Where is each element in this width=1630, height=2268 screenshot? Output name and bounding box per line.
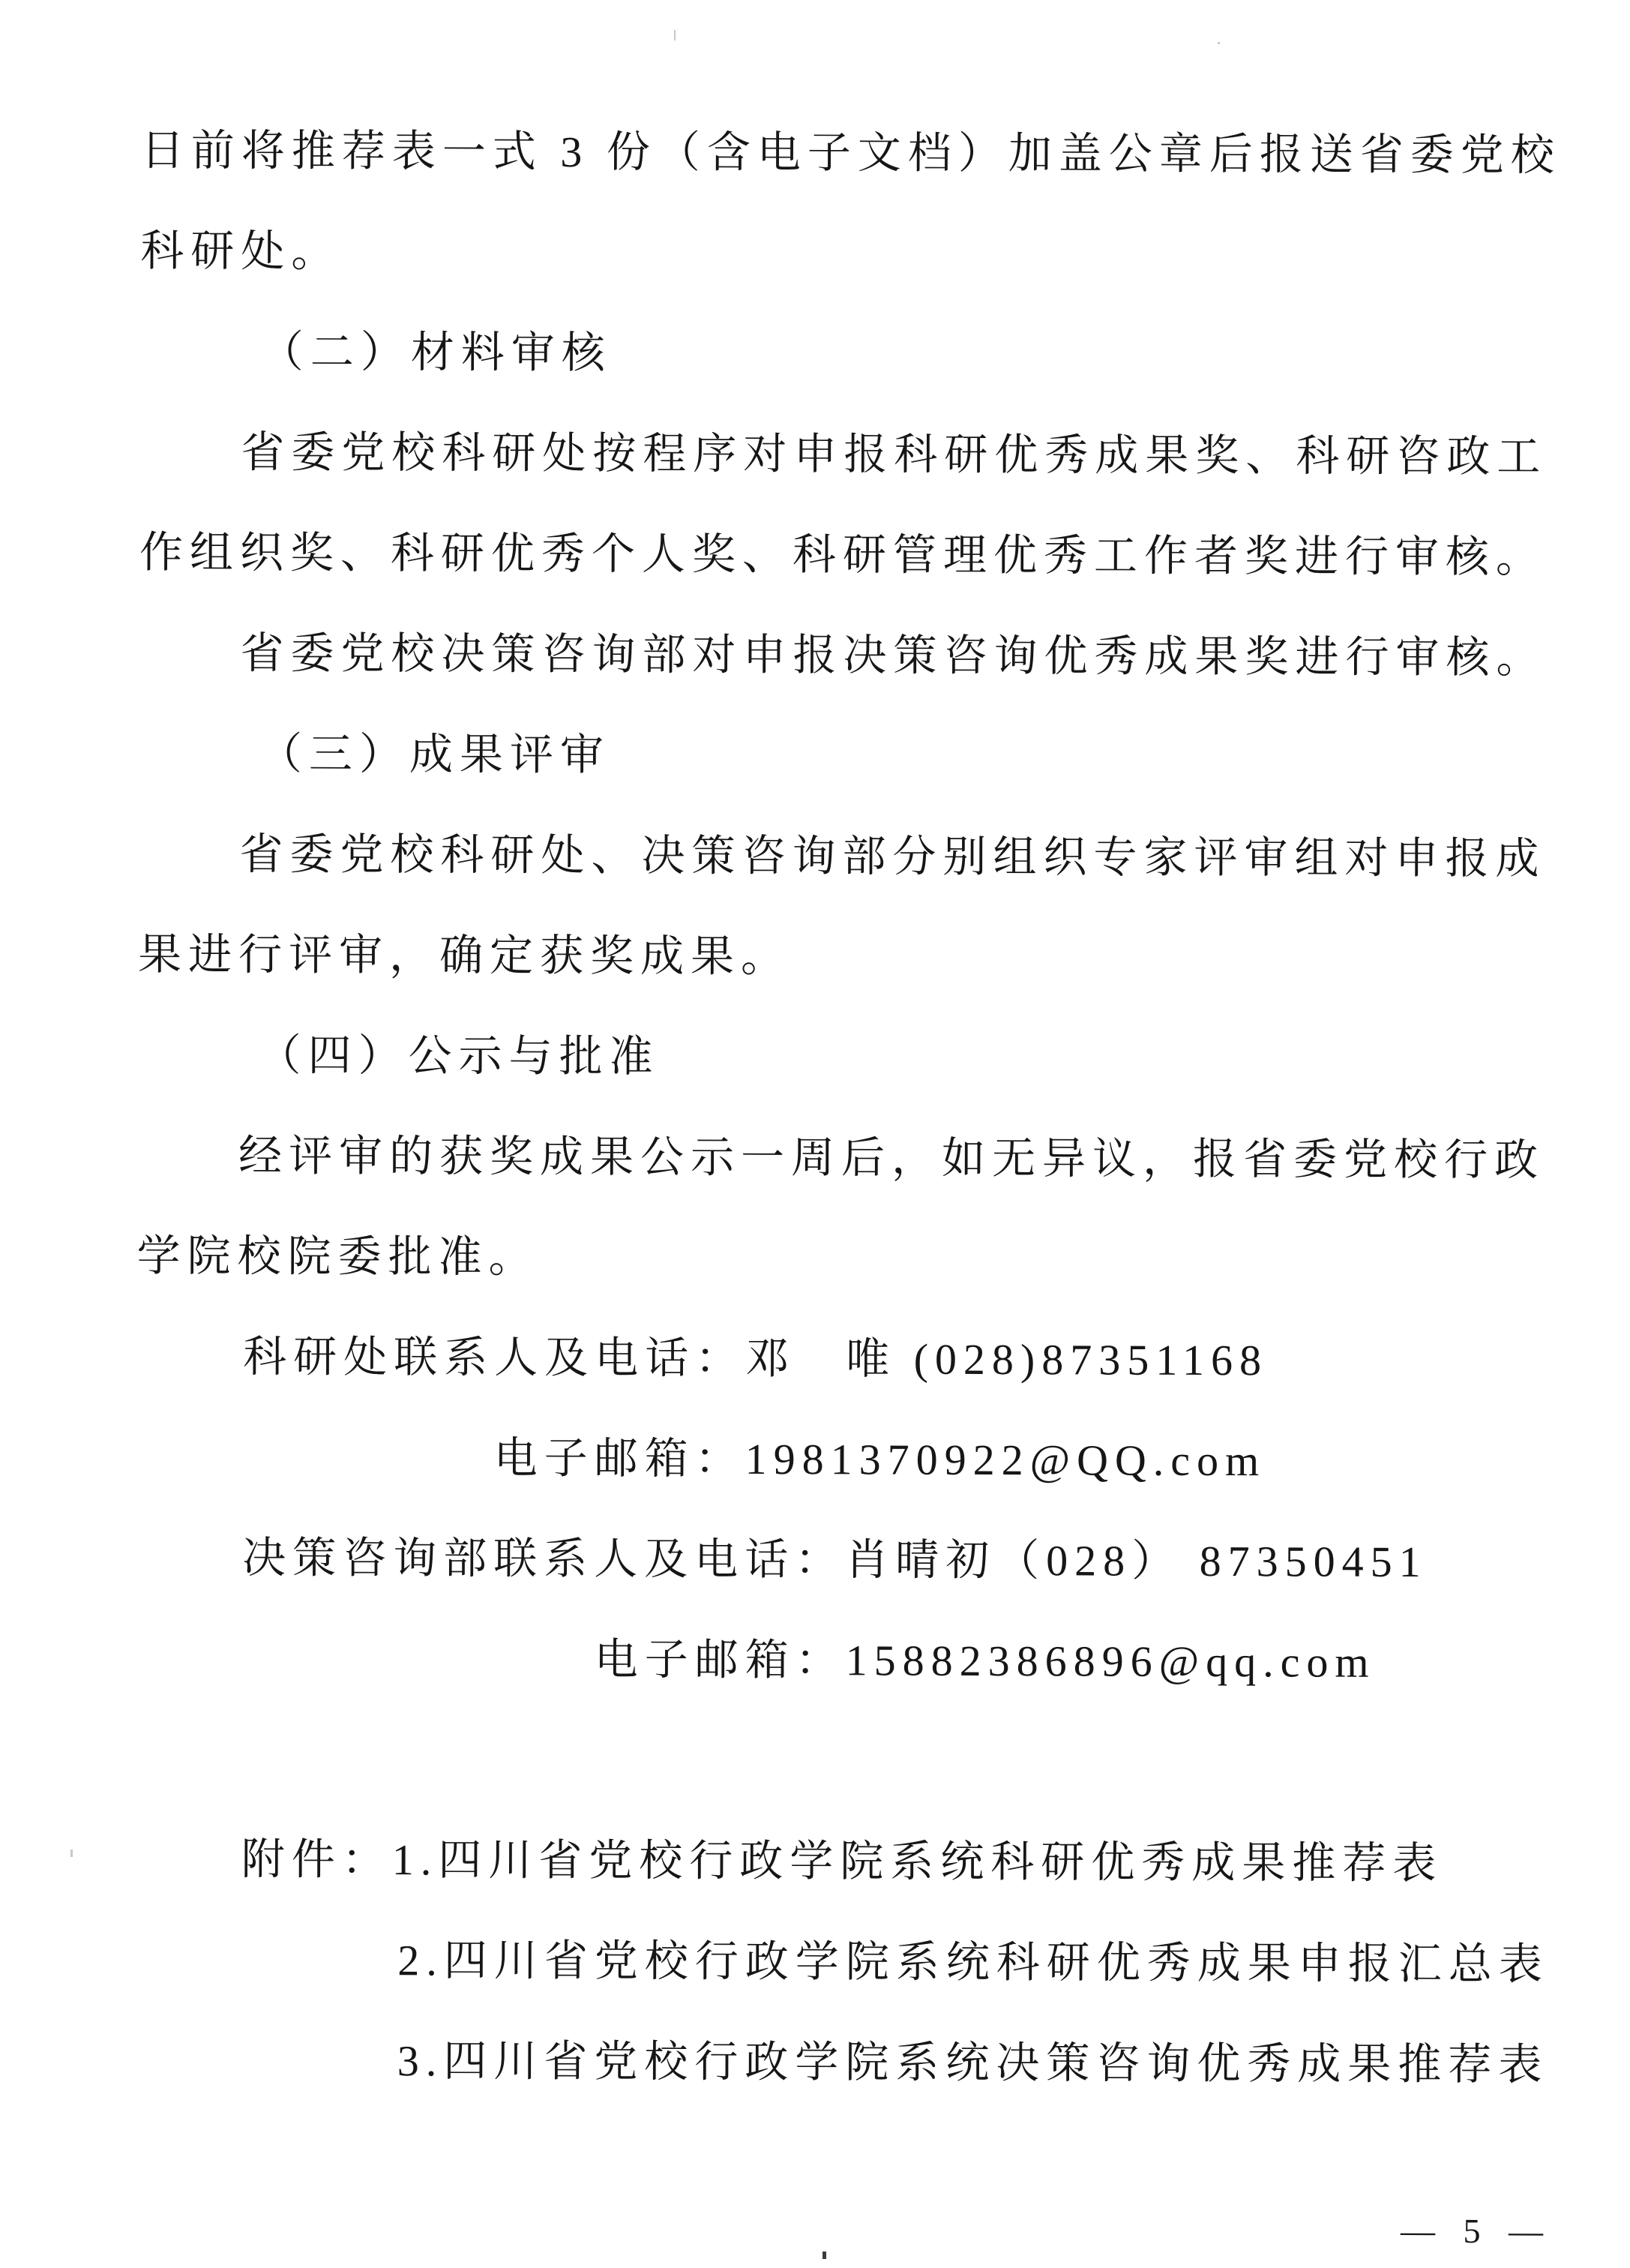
body-line: 果进行评审，确定获奖成果。 — [138, 904, 1578, 1010]
page-content: 日前将推荐表一式 3 份（含电子文档）加盖公章后报送省委党校 科研处。 （二）材… — [134, 100, 1581, 2116]
body-line: 经评审的获奖成果公示一周后，如无异议，报省委党校行政 — [238, 1105, 1577, 1210]
email-line: 电子邮箱：15882386896@qq.com — [595, 1609, 1575, 1714]
scanned-document-page: 日前将推荐表一式 3 份（含电子文档）加盖公章后报送省委党校 科研处。 （二）材… — [0, 0, 1630, 2268]
attachment-item: 3.四川省党校行政学院系统决策咨询优秀成果推荐表 — [397, 2011, 1574, 2115]
scan-speck — [70, 1849, 73, 1857]
section-heading: （四）公示与批准 — [257, 1006, 1577, 1111]
page-number: — 5 — — [1401, 2211, 1548, 2251]
section-heading: （二）材料审核 — [260, 302, 1580, 407]
scan-speck — [674, 30, 676, 40]
body-line: 省委党校科研处按程序对申报科研优秀成果奖、科研咨政工 — [241, 402, 1579, 507]
email-line: 电子邮箱：1981370922@QQ.com — [493, 1408, 1575, 1513]
body-line: 作组织奖、科研优秀个人奖、科研管理优秀工作者奖进行审核。 — [139, 502, 1579, 608]
body-line: 日前将推荐表一式 3 份（含电子文档）加盖公章后报送省委党校 — [141, 100, 1581, 206]
body-line: 学院校院委批准。 — [136, 1206, 1576, 1312]
scan-speck — [822, 2251, 826, 2259]
attachment-item: 2.四川省党校行政学院系统科研优秀成果申报汇总表 — [397, 1910, 1574, 2014]
attachment-item: 附件：1.四川省党校行政学院系统科研优秀成果推荐表 — [241, 1809, 1575, 1914]
body-line: 科研处。 — [140, 201, 1580, 307]
section-heading: （三）成果评审 — [259, 704, 1578, 809]
contact-line: 决策咨询部联系人及电话：肖晴初（028） 87350451 — [242, 1507, 1575, 1612]
scan-speck — [1218, 42, 1220, 44]
contact-line: 科研处联系人及电话：邓 唯 (028)87351168 — [243, 1306, 1576, 1411]
body-line: 省委党校决策咨询部对申报决策咨询优秀成果奖进行审核。 — [240, 603, 1578, 708]
body-line: 省委党校科研处、决策咨询部分别组织专家评审组对申报成 — [239, 804, 1578, 909]
